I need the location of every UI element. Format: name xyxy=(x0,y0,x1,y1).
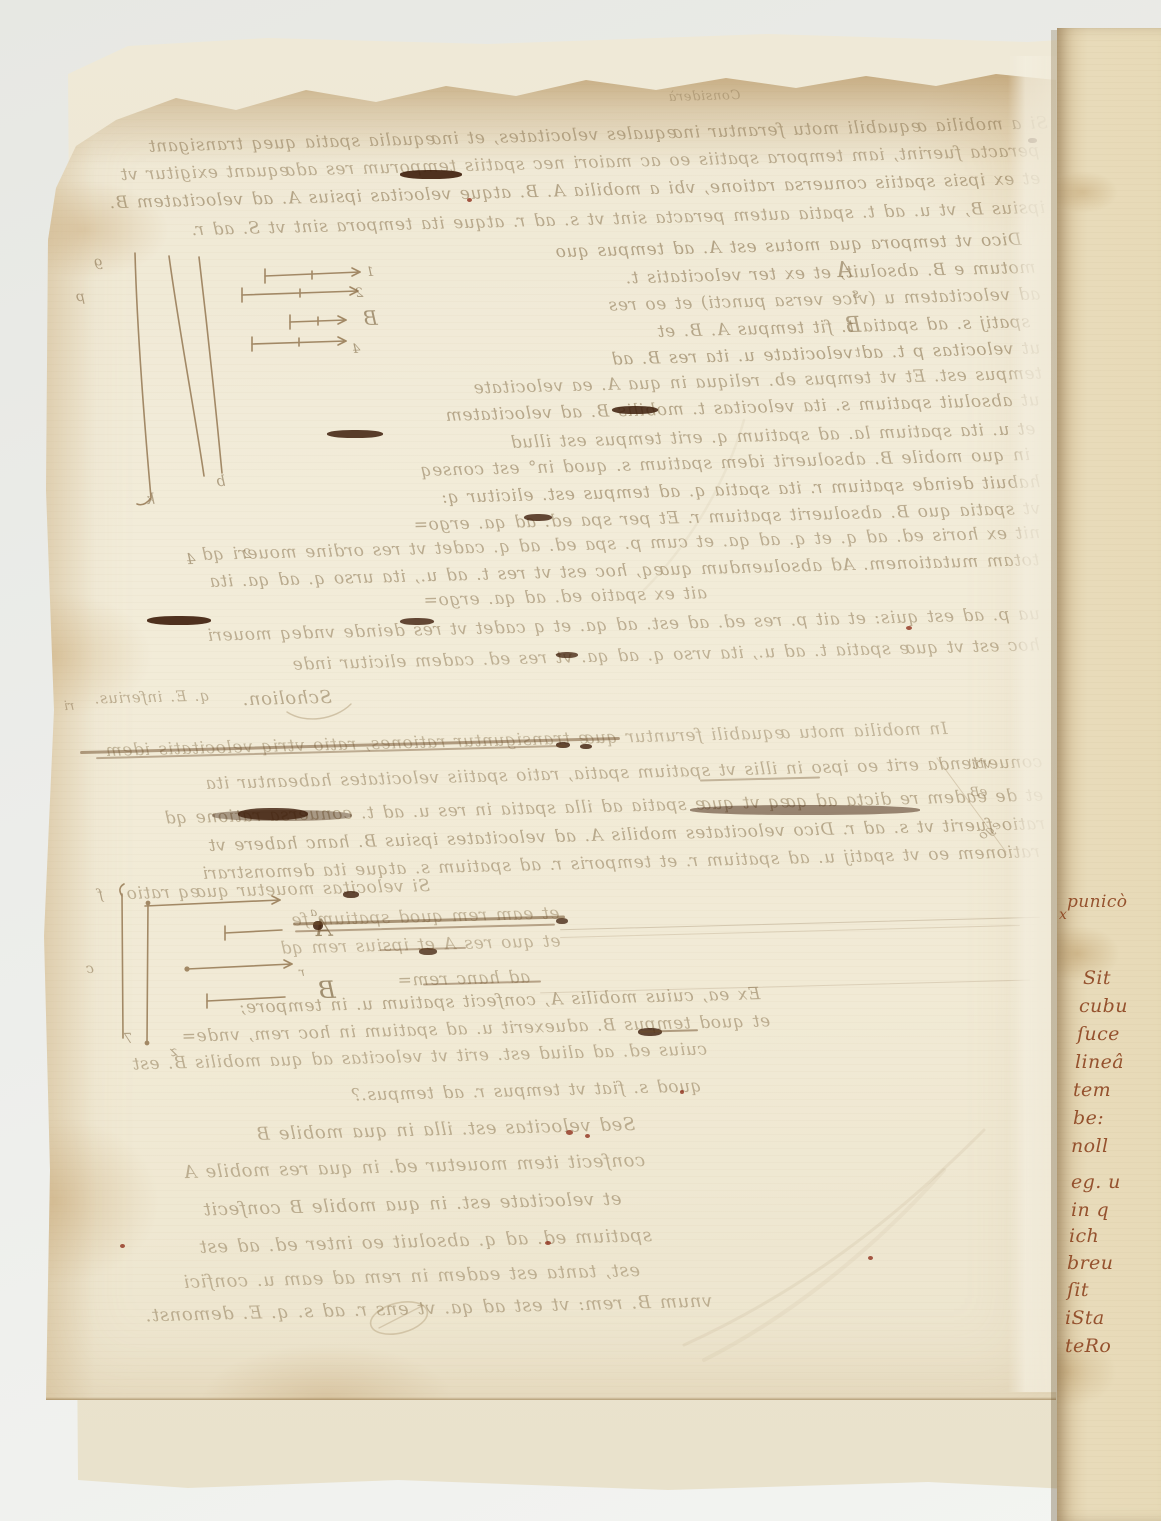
manuscript-line: ad hanc rem= xyxy=(397,969,531,989)
letter-glyph: 7 xyxy=(124,1032,133,1046)
letter-glyph: B xyxy=(845,315,862,337)
facing-page-text-line: be: xyxy=(1073,1109,1104,1128)
facing-page-text-line: noll xyxy=(1071,1137,1108,1156)
facing-page-text-line: ſit xyxy=(1067,1281,1089,1300)
letter-glyph: B xyxy=(318,978,336,1002)
letter-glyph: 1 xyxy=(366,266,375,279)
ink-blot xyxy=(327,430,383,438)
manuscript-line: ut absoluit spatium s. ita velocitas t. … xyxy=(445,392,1040,425)
red-ink-speck xyxy=(906,626,912,630)
letter-glyph: 2 xyxy=(243,548,252,561)
facing-page-text-line: teRo xyxy=(1065,1337,1111,1356)
manuscript-line: hoc est vt quæ spatia t. ad u., ita vrso… xyxy=(292,637,1040,674)
ink-blot xyxy=(612,406,658,414)
facing-page-text-layer: xpunicòSitcubuſucelineâtembe:nolleg. uin… xyxy=(1057,28,1161,1521)
margin-note: vbi' xyxy=(968,758,992,772)
ink-blot xyxy=(580,744,592,749)
red-ink-speck xyxy=(467,198,472,202)
manuscript-line: Scholion. xyxy=(242,689,332,709)
manuscript-line: quod s. fiat vt tempus r. ad tempus.? xyxy=(351,1078,702,1104)
facing-page-text-line: Sit xyxy=(1083,969,1111,988)
letter-glyph: k xyxy=(146,492,155,507)
letter-glyph: c xyxy=(86,962,94,976)
red-ink-speck xyxy=(545,1241,551,1245)
letter-glyph: 2 xyxy=(355,287,364,300)
ink-blot xyxy=(147,616,211,625)
manuscript-line: cuius ed. ad aliud est. erit vt velocita… xyxy=(132,1041,707,1073)
facing-page-text-line: in q xyxy=(1071,1201,1109,1220)
manuscript-line: et velocitate est. in qua mobile B confe… xyxy=(203,1191,622,1220)
facing-page-text-line: lineâ xyxy=(1075,1053,1124,1072)
red-ink-speck xyxy=(120,1244,125,1248)
red-ink-speck xyxy=(585,1134,590,1138)
manuscript-line: spatium ed. ad q. absoluit eo inter ed. … xyxy=(199,1227,652,1257)
ink-blot xyxy=(400,170,462,179)
facing-page-text-line: eg. u xyxy=(1071,1173,1121,1192)
letter-glyph: 4 xyxy=(186,552,196,567)
letter-glyph: p xyxy=(76,290,85,304)
ink-blot xyxy=(400,618,434,625)
manuscript-line: ad velocitatem u (vice versa puncti) et … xyxy=(608,286,1041,314)
manuscript-line: Dico vt tempora qua motus est A. ad temp… xyxy=(555,232,1022,261)
manuscript-line: ait ex spatio ed. ad qa. ergo= xyxy=(423,585,707,609)
red-ink-speck xyxy=(566,1130,573,1135)
manuscript-line: confecit item mouetur ed. in qua res mob… xyxy=(183,1152,645,1182)
ink-blot xyxy=(556,918,568,924)
red-ink-speck xyxy=(680,1090,684,1094)
manuscript-line: est, tanta est eadem in rem ad eam u. co… xyxy=(183,1262,640,1292)
letter-glyph: f xyxy=(98,888,104,902)
letter-glyph: 9 xyxy=(94,258,103,272)
red-ink-speck xyxy=(868,1256,873,1260)
letter-glyph: b xyxy=(216,474,226,489)
strikethrough-mark xyxy=(560,917,1040,931)
ink-blot xyxy=(524,514,552,521)
manuscript-line: motum e B. absoluit, et ex ter velocitat… xyxy=(625,260,1036,288)
manuscript-line: q. E. inferius. xyxy=(94,688,210,706)
ink-blot xyxy=(343,891,359,898)
manuscript-line: Considerà xyxy=(667,89,740,104)
ink-blot xyxy=(690,805,920,815)
facing-page-text-line: breu xyxy=(1067,1254,1113,1273)
letter-glyph: B xyxy=(363,308,378,328)
manuscript-line: spatij s. ad spatia t. fit tempus A. B. … xyxy=(657,314,1031,341)
margin-note: eB xyxy=(970,786,988,799)
mirrored-text-layer: ConsideràSi a mobilia æquabili motu fera… xyxy=(44,70,1056,1400)
letter-glyph: 4 xyxy=(352,343,361,356)
letter-glyph: ri xyxy=(64,700,75,713)
letter-glyph: r xyxy=(299,966,305,978)
manuscript-page: ConsideràSi a mobilia æquabili motu fera… xyxy=(44,70,1056,1400)
ink-blot xyxy=(238,808,308,820)
facing-page-text-line: iSta xyxy=(1065,1309,1105,1328)
letter-glyph: s xyxy=(852,287,860,301)
strikethrough-mark xyxy=(540,980,1030,994)
facing-page-edge: xpunicòSitcubuſucelineâtembe:nolleg. uin… xyxy=(1057,28,1161,1521)
ink-blot xyxy=(556,652,578,658)
facing-page-text-line: tem xyxy=(1073,1081,1111,1100)
scanned-manuscript-photograph: { "manuscript": { "colors": { "backgroun… xyxy=(0,0,1161,1521)
letter-glyph: t xyxy=(855,346,861,360)
facing-page-text-line: ſuce xyxy=(1077,1025,1120,1044)
manuscript-line: Sed velocitas est. illa in qua mobile B xyxy=(256,1116,636,1144)
manuscript-line: Ex ea, cuius mobilis A, confecit spatium… xyxy=(238,986,760,1017)
manuscript-line: conuertenda erit eo ipso in illis vt spa… xyxy=(205,754,1043,793)
facing-page-text-line: punicò xyxy=(1067,894,1127,911)
manuscript-line: vnum B. rem: vt est ad qa. vt ens r. ad … xyxy=(145,1293,713,1326)
letter-glyph: z xyxy=(170,1045,178,1059)
manuscript-line: Si velocitas mouetur quæq ratio xyxy=(126,878,430,903)
facing-page-text-line: ich xyxy=(1069,1227,1099,1246)
letter-glyph: A xyxy=(836,260,852,282)
facing-page-text-line: cubu xyxy=(1079,997,1128,1016)
